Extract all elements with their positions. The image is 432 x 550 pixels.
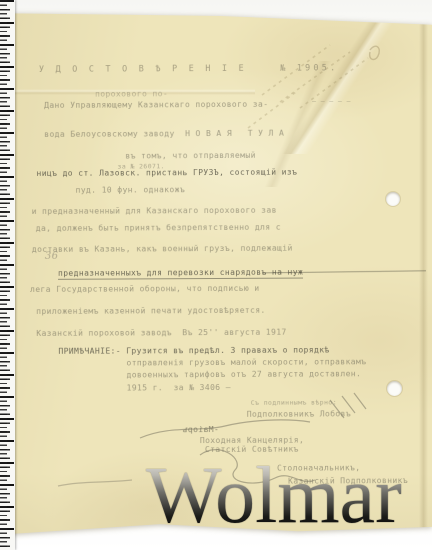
watermark-text: Wolmar [146, 456, 402, 536]
typed-line: – – – – – [312, 97, 351, 105]
photo-frame: У Д О С Т О В Ѣ Р Е Н І Е № 1905.порохов… [0, 0, 432, 550]
typed-line: да, долженъ быть принятъ безпрепятственн… [36, 223, 281, 233]
measuring-tape-ruler [0, 0, 15, 550]
typed-line: Съ подлиннымъ вѣрно: [251, 398, 337, 406]
typed-line: довоенныхъ тарифовъ отъ 27 августа доста… [126, 369, 361, 379]
typed-line: Дано Управляющему Казанскаго порохового … [44, 100, 268, 110]
typed-line: -Маіоръ [182, 425, 219, 434]
typed-line: вода Белоусовскому заводу Н О В А Я Т У … [44, 129, 284, 139]
typed-line: Подполковникъ Лобовъ [247, 409, 351, 419]
punch-hole [386, 192, 400, 206]
typed-line: доставки въ Казань, какъ военный грузъ, … [32, 244, 293, 254]
typed-line: лега Государственной обороны, что подпис… [30, 284, 260, 294]
typed-line: отправленія грузовъ малой скорости, отпр… [126, 357, 366, 367]
typed-line: ПРИМѢЧАНІЕ:- Грузится въ предѣл. 3 права… [58, 345, 329, 355]
typed-line: предназначенныхъ для перевозки снарядовъ… [58, 268, 303, 280]
typed-line: пуд. 10 фун. однакожъ [76, 185, 186, 195]
typed-line: порохового по- [95, 89, 168, 98]
typed-line: 1915 г. за № 3406 — [127, 383, 231, 393]
typed-line: приложеніемъ казенной печати удостовѣряе… [36, 306, 266, 316]
punch-hole [387, 381, 402, 396]
typed-line: и предназначенный для Казанскаго порохов… [32, 206, 277, 216]
typed-line: 36 [45, 251, 59, 262]
typed-line: въ томъ, что отправляемый [125, 151, 255, 161]
typed-line: У Д О С Т О В Ѣ Р Е Н І Е № 1905. [39, 63, 338, 75]
typed-line: Казанскій пороховой заводъ Въ 25'' авгус… [36, 328, 286, 338]
typed-line: ницъ до ст. Лазовск. пристань ГРУЗЪ, сос… [36, 168, 297, 178]
